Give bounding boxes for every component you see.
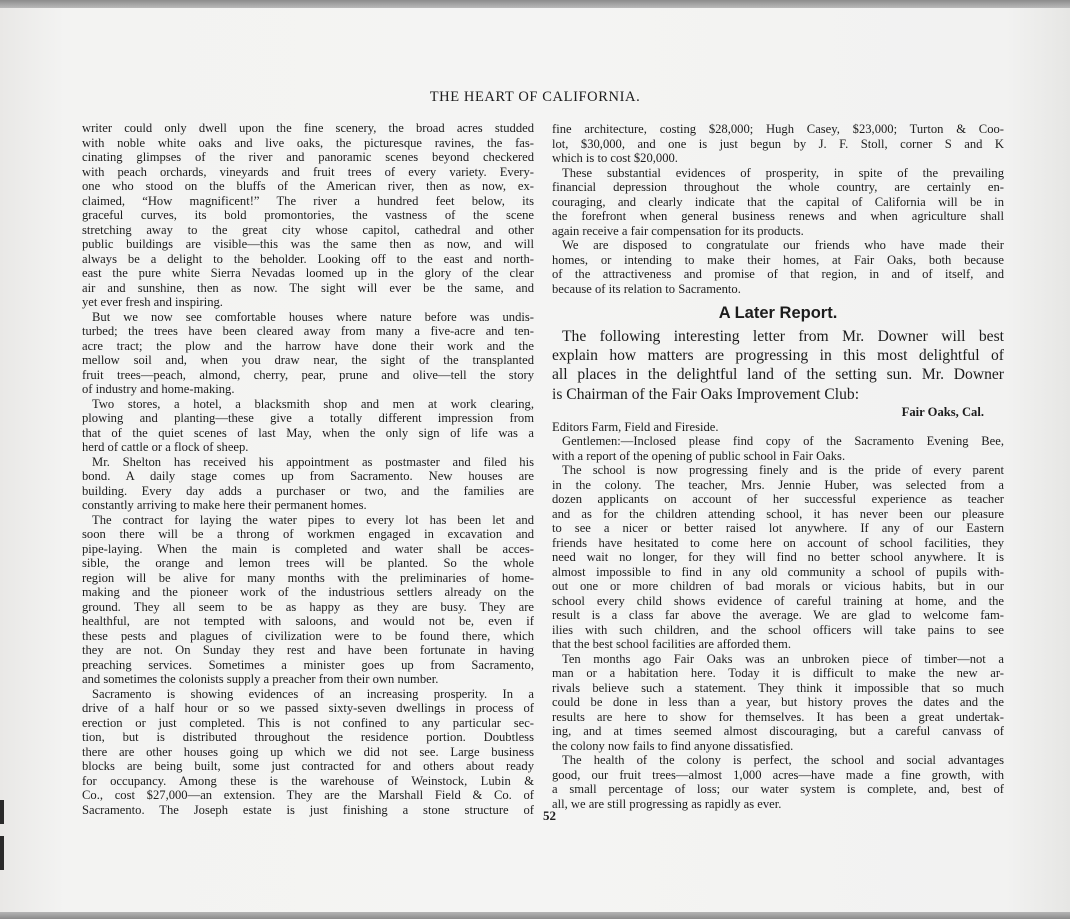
- text-line: Ten months ago Fair Oaks was an unbroken…: [552, 652, 1004, 667]
- text-line: stretching away to the great city whose …: [82, 223, 534, 238]
- text-line: results are here to show for themselves.…: [552, 710, 1004, 725]
- text-line: school every child shows evidence of car…: [552, 594, 1004, 609]
- text-line: with noble white oaks and live oaks, the…: [82, 136, 534, 151]
- text-line: always be a delight to the beholder. Loo…: [82, 252, 534, 267]
- text-line: the colony now fails to find anyone diss…: [552, 739, 1004, 754]
- page-number: 52: [543, 808, 556, 824]
- text-line: with peach orchards, vineyards and fruit…: [82, 165, 534, 180]
- text-line: need wait no longer, for they will find …: [552, 550, 1004, 565]
- text-line: bond. A daily stage comes up from Sacram…: [82, 469, 534, 484]
- right-column-top-text: fine architecture, costing $28,000; Hugh…: [552, 122, 1004, 296]
- text-line: Mr. Shelton has received his appointment…: [82, 455, 534, 470]
- text-line: turbed; the trees have been cleared away…: [82, 324, 534, 339]
- section-heading: A Later Report.: [552, 304, 1004, 322]
- text-line: making and the pioneer work of the indus…: [82, 585, 534, 600]
- text-line: they are not. On Sunday they rest and ha…: [82, 643, 534, 658]
- text-line: Two stores, a hotel, a blacksmith shop a…: [82, 397, 534, 412]
- text-line: public buildings are visible—this was th…: [82, 237, 534, 252]
- text-line: almost impossible to find in any old com…: [552, 565, 1004, 580]
- text-line: building. Every day adds a purchaser or …: [82, 484, 534, 499]
- text-line: erection or just completed. This is not …: [82, 716, 534, 731]
- text-line: couraging, and clearly indicate that the…: [552, 195, 1004, 210]
- text-line: ilies with such children, and the school…: [552, 623, 1004, 638]
- text-line: lot, $30,000, and one is just begun by J…: [552, 137, 1004, 152]
- letter-dateline: Fair Oaks, Cal.: [552, 404, 1004, 420]
- text-line: herd of cattle or a flock of sheep.: [82, 440, 534, 455]
- lead-paragraph: The following interesting letter from Mr…: [552, 327, 1004, 404]
- text-line: and sometimes the colonists supply a pre…: [82, 672, 534, 687]
- right-column: fine architecture, costing $28,000; Hugh…: [552, 122, 1004, 811]
- scanner-top-edge: [0, 0, 1070, 8]
- text-line: healthful, are not tempted with saloons,…: [82, 614, 534, 629]
- text-line: the forefront when general business rene…: [552, 209, 1004, 224]
- text-line: with a report of the opening of public s…: [552, 449, 1004, 464]
- text-line: of industry and home-making.: [82, 382, 534, 397]
- text-line: of the attractiveness and promise of tha…: [552, 267, 1004, 282]
- text-line: air and sunshine, then as now. The sight…: [82, 281, 534, 296]
- text-line: plowing and planting—these give a totall…: [82, 411, 534, 426]
- text-line: explain how matters are progressing in t…: [552, 346, 1004, 365]
- text-line: again receive a fair compensation for it…: [552, 224, 1004, 239]
- text-line: Editors Farm, Field and Fireside.: [552, 420, 1004, 435]
- text-line: result is a class far above the average.…: [552, 608, 1004, 623]
- text-line: Sacramento is showing evidences of an in…: [82, 687, 534, 702]
- running-head: THE HEART OF CALIFORNIA.: [0, 89, 1070, 106]
- text-line: blocks are being built, some just contra…: [82, 759, 534, 774]
- text-line: mellow soil and, when you draw near, the…: [82, 353, 534, 368]
- text-line: acre tract; the plow and the harrow have…: [82, 339, 534, 354]
- text-line: all, we are still progressing as rapidly…: [552, 797, 1004, 812]
- text-line: sible, the orange and lemon trees will b…: [82, 556, 534, 571]
- text-line: east the pure white Sierra Nevadas loome…: [82, 266, 534, 281]
- text-line: Sacramento. The Joseph estate is just fi…: [82, 803, 534, 818]
- text-line: in the colony. The teacher, Mrs. Jennie …: [552, 478, 1004, 493]
- text-line: We are disposed to congratulate our frie…: [552, 238, 1004, 253]
- text-line: But we now see comfortable houses where …: [82, 310, 534, 325]
- text-line: and as for the children attending school…: [552, 507, 1004, 522]
- text-line: writer could only dwell upon the fine sc…: [82, 121, 534, 136]
- text-line: homes, or intending to make their homes,…: [552, 253, 1004, 268]
- text-line: graceful curves, its bold promontories, …: [82, 208, 534, 223]
- text-line: friends have hesitated to come here on a…: [552, 536, 1004, 551]
- text-line: claimed, “How magnificent!” The river a …: [82, 194, 534, 209]
- letter-body: Editors Farm, Field and Fireside.Gentlem…: [552, 420, 1004, 812]
- text-line: pipe-laying. When the main is completed …: [82, 542, 534, 557]
- text-line: rivals believe such a statement. They th…: [552, 681, 1004, 696]
- text-line: could be done in less than a year, but h…: [552, 695, 1004, 710]
- text-line: drive of a half hour or so we passed six…: [82, 701, 534, 716]
- binding-mark: [0, 836, 4, 870]
- text-line: a small percentage of loss; our water sy…: [552, 782, 1004, 797]
- text-line: The contract for laying the water pipes …: [82, 513, 534, 528]
- text-line: cinating glimpses of the river and panor…: [82, 150, 534, 165]
- text-line: is Chairman of the Fair Oaks Improvement…: [552, 385, 1004, 404]
- text-line: all places in the delightful land of the…: [552, 365, 1004, 384]
- text-line: good, our fruit trees—almost 1,000 acres…: [552, 768, 1004, 783]
- left-column: writer could only dwell upon the fine sc…: [82, 121, 534, 817]
- text-line: fruit trees—peach, almond, cherry, pear,…: [82, 368, 534, 383]
- text-line: out one or more children of bad morals o…: [552, 579, 1004, 594]
- text-line: soon there will be a throng of workmen e…: [82, 527, 534, 542]
- text-line: yet ever fresh and inspiring.: [82, 295, 534, 310]
- text-line: fine architecture, costing $28,000; Hugh…: [552, 122, 1004, 137]
- text-line: ground. They all seem to be as happy as …: [82, 600, 534, 615]
- text-line: These substantial evidences of prosperit…: [552, 166, 1004, 181]
- text-line: which is to cost $20,000.: [552, 151, 1004, 166]
- text-line: tion, but is distributed throughout the …: [82, 730, 534, 745]
- text-line: Co., cost $27,000—an extension. They are…: [82, 788, 534, 803]
- text-line: there are other houses going up which we…: [82, 745, 534, 760]
- text-line: The school is now progressing finely and…: [552, 463, 1004, 478]
- text-line: dozen applicants on account of her succe…: [552, 492, 1004, 507]
- text-line: that of the quiet scenes of last May, wh…: [82, 426, 534, 441]
- text-line: The following interesting letter from Mr…: [552, 327, 1004, 346]
- text-line: these pests and plagues of civilization …: [82, 629, 534, 644]
- text-line: one who stood on the bluffs of the Ameri…: [82, 179, 534, 194]
- text-line: constantly arriving to make here their p…: [82, 498, 534, 513]
- text-line: because of its relation to Sacramento.: [552, 282, 1004, 297]
- text-line: preaching services. Sometimes a minister…: [82, 658, 534, 673]
- text-line: to see a nicer or better raised lot anyw…: [552, 521, 1004, 536]
- text-line: region will be alive for many months wit…: [82, 571, 534, 586]
- scanner-bottom-edge: [0, 912, 1070, 919]
- text-line: for occupancy. Among these is the wareho…: [82, 774, 534, 789]
- text-line: man or a habitation here. Today it is di…: [552, 666, 1004, 681]
- text-line: Gentlemen:—Inclosed please find copy of …: [552, 434, 1004, 449]
- binding-mark: [0, 800, 4, 824]
- text-line: that the best school facilities are affo…: [552, 637, 1004, 652]
- text-line: The health of the colony is perfect, the…: [552, 753, 1004, 768]
- text-line: ing, and at times seemed almost discoura…: [552, 724, 1004, 739]
- text-line: financial depression throughout the whol…: [552, 180, 1004, 195]
